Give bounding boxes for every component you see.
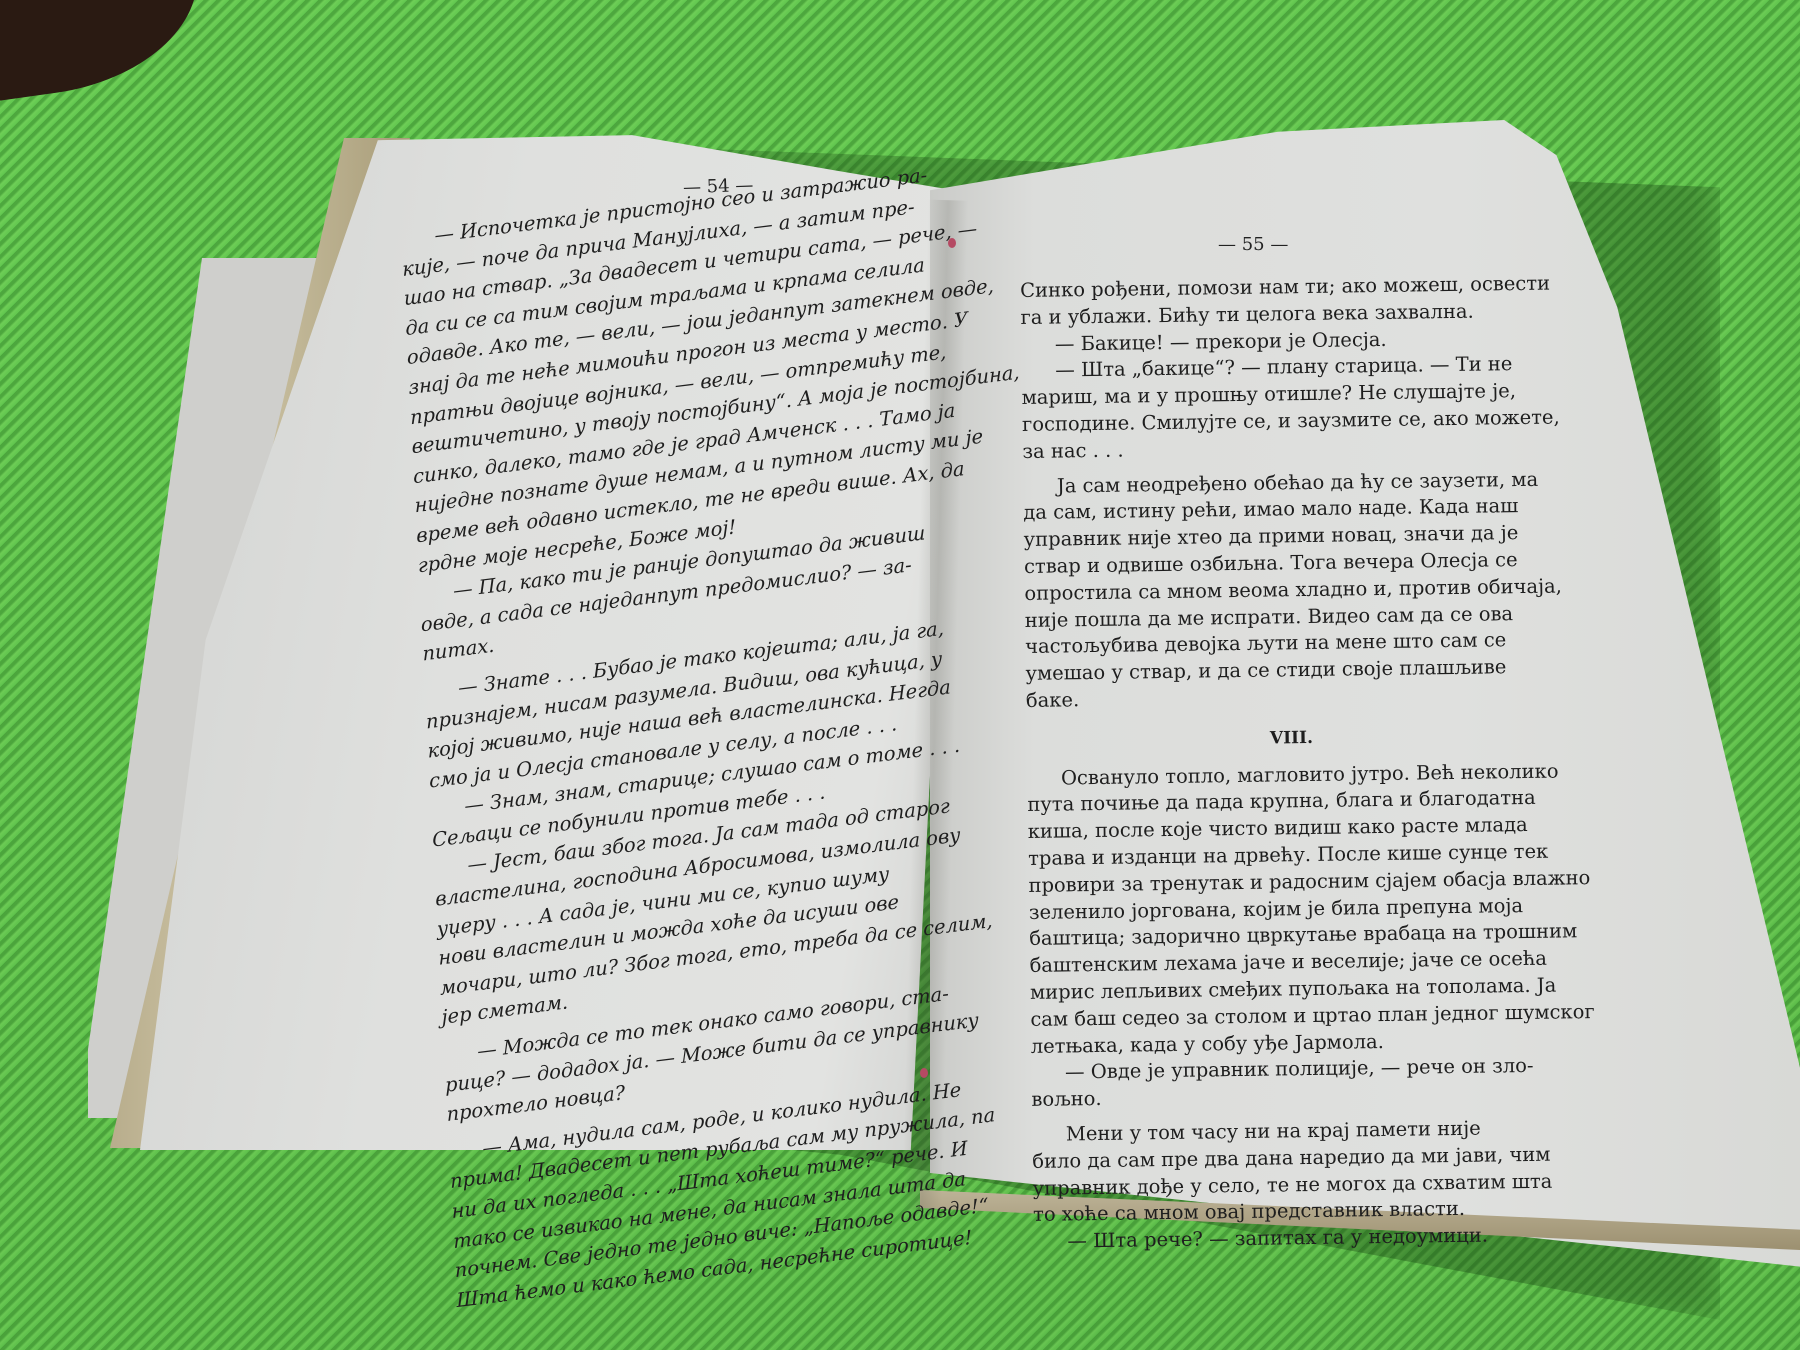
right-page-paragraphs-after: Освануло топло, магловито јутро. Већ нек… bbox=[1027, 758, 1564, 1256]
right-page-paragraphs-before: Синко рођени, помози нам ти; ако можеш, … bbox=[1020, 271, 1556, 715]
dark-corner-object bbox=[0, 0, 211, 107]
right-page-text: Синко рођени, помози нам ти; ако можеш, … bbox=[1020, 271, 1564, 1256]
left-page-text: — Испочетка је пристојно сео и затражио … bbox=[400, 160, 983, 1315]
right-page-number: — 55 — bbox=[1218, 234, 1288, 255]
chapter-heading: VIII. bbox=[1026, 721, 1556, 755]
